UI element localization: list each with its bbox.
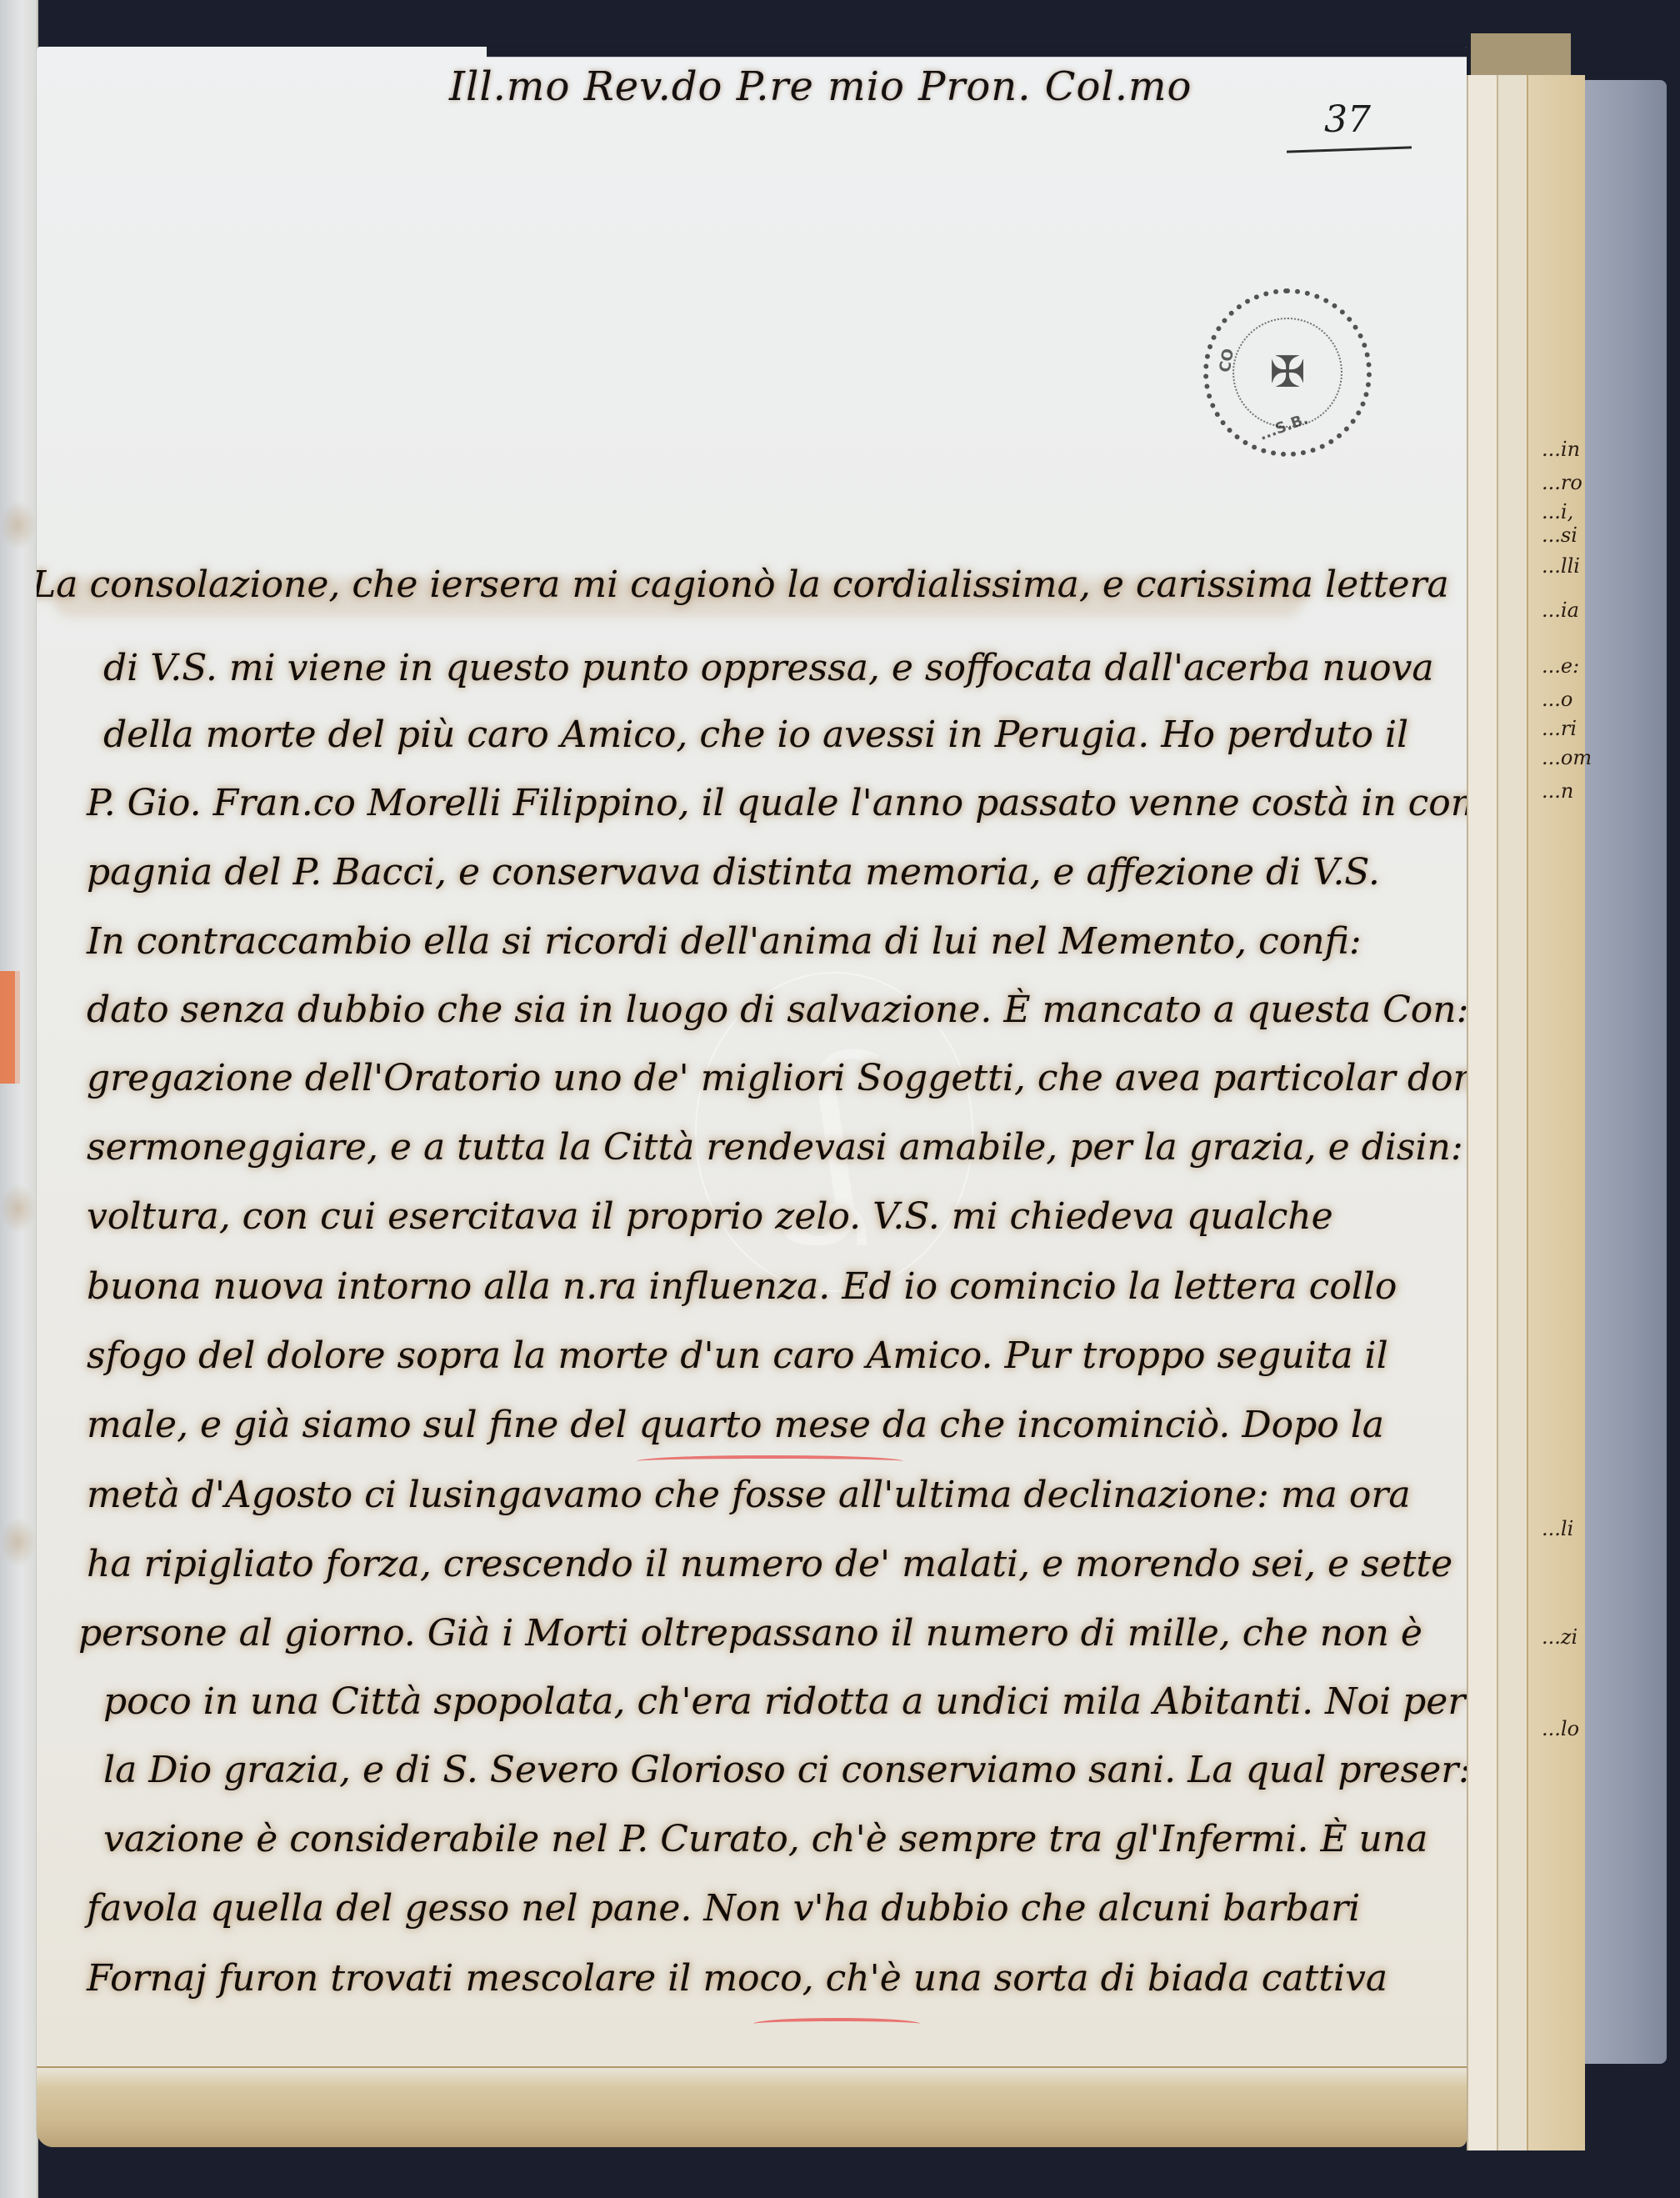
margin-fragment: ...si (1542, 523, 1577, 547)
protective-tissue (1575, 80, 1667, 2064)
margin-fragment: ...in (1542, 438, 1580, 461)
eagle-emblem-icon: ✠ (1232, 318, 1342, 428)
salutation: Ill.mo Rev.do P.re mio Pron. Col.mo (449, 63, 1192, 110)
text-line: vazione è considerabile nel P. Curato, c… (103, 1818, 1427, 1860)
margin-fragment: ...ri (1542, 717, 1577, 740)
folio-number: 37 (1324, 98, 1371, 141)
margin-fragment: ...n (1542, 779, 1573, 803)
text-line: sfogo del dolore sopra la morte d'un car… (87, 1334, 1388, 1377)
margin-fragment: ...zi (1542, 1625, 1577, 1649)
text-line: la Dio grazia, e di S. Severo Glorioso c… (103, 1749, 1467, 1791)
text-line: di V.S. mi viene in questo punto oppress… (103, 647, 1434, 689)
orange-marker-tab (0, 971, 20, 1084)
margin-fragment: ...ro (1542, 471, 1582, 494)
text-line: male, e già siamo sul fine del quarto me… (87, 1404, 1384, 1446)
text-line: P. Gio. Fran.co Morelli Filippino, il qu… (87, 782, 1467, 824)
margin-fragment: ...li (1542, 1517, 1573, 1540)
red-pencil-underline (753, 2018, 920, 2030)
manuscript-page: Ill.mo Rev.do P.re mio Pron. Col.mo 37 ✠… (37, 47, 1467, 2147)
fold-leaf (1497, 75, 1528, 2150)
margin-fragment: ...o (1542, 688, 1572, 711)
text-line: metà d'Agosto ci lusingavamo che fosse a… (87, 1474, 1411, 1516)
text-line: La consolazione, che iersera mi cagionò … (37, 563, 1449, 606)
stain (0, 1517, 37, 1567)
margin-fragment: ...om (1542, 746, 1592, 769)
text-line: pagnia del P. Bacci, e conservava distin… (87, 851, 1380, 894)
fold-leaf (1467, 75, 1498, 2150)
text-line: dato senza dubbio che sia in luogo di sa… (87, 989, 1467, 1031)
archive-stamp: ✠ CO ...S.B. (1203, 288, 1372, 457)
stain (0, 1184, 37, 1234)
fold-leaf (1527, 75, 1585, 2150)
text-line: persone al giorno. Già i Morti oltrepass… (78, 1612, 1422, 1655)
text-line: voltura, con cui esercitava il proprio z… (87, 1195, 1333, 1238)
water-stained-bottom-edge (37, 2066, 1467, 2147)
text-line: buona nuova intorno alla n.ra influenza.… (87, 1265, 1397, 1308)
text-line: ha ripigliato forza, crescendo il numero… (87, 1543, 1452, 1585)
red-pencil-underline (637, 1455, 903, 1467)
text-line: della morte del più caro Amico, che io a… (103, 713, 1408, 756)
left-binding-leaf (0, 0, 38, 2198)
margin-fragment: ...lli (1542, 554, 1580, 578)
stain (0, 500, 37, 550)
text-line: Fornaj furon trovati mescolare il moco, … (87, 1957, 1387, 2000)
margin-fragment: ...i, (1542, 500, 1573, 523)
margin-fragment: ...lo (1542, 1717, 1579, 1740)
text-line: favola quella del gesso nel pane. Non v'… (87, 1887, 1360, 1930)
margin-fragment: ...ia (1542, 598, 1579, 622)
text-line: sermoneggiare, e a tutta la Città rendev… (87, 1126, 1463, 1169)
margin-fragment: ...e: (1542, 654, 1579, 678)
text-line: poco in una Città spopolata, ch'era rido… (103, 1680, 1465, 1723)
text-line: In contraccambio ella si ricordi dell'an… (87, 920, 1362, 963)
folio-number-underline (1287, 146, 1412, 153)
text-line: gregazione dell'Oratorio uno de' miglior… (87, 1057, 1467, 1099)
right-folded-leaves (1467, 75, 1583, 2150)
